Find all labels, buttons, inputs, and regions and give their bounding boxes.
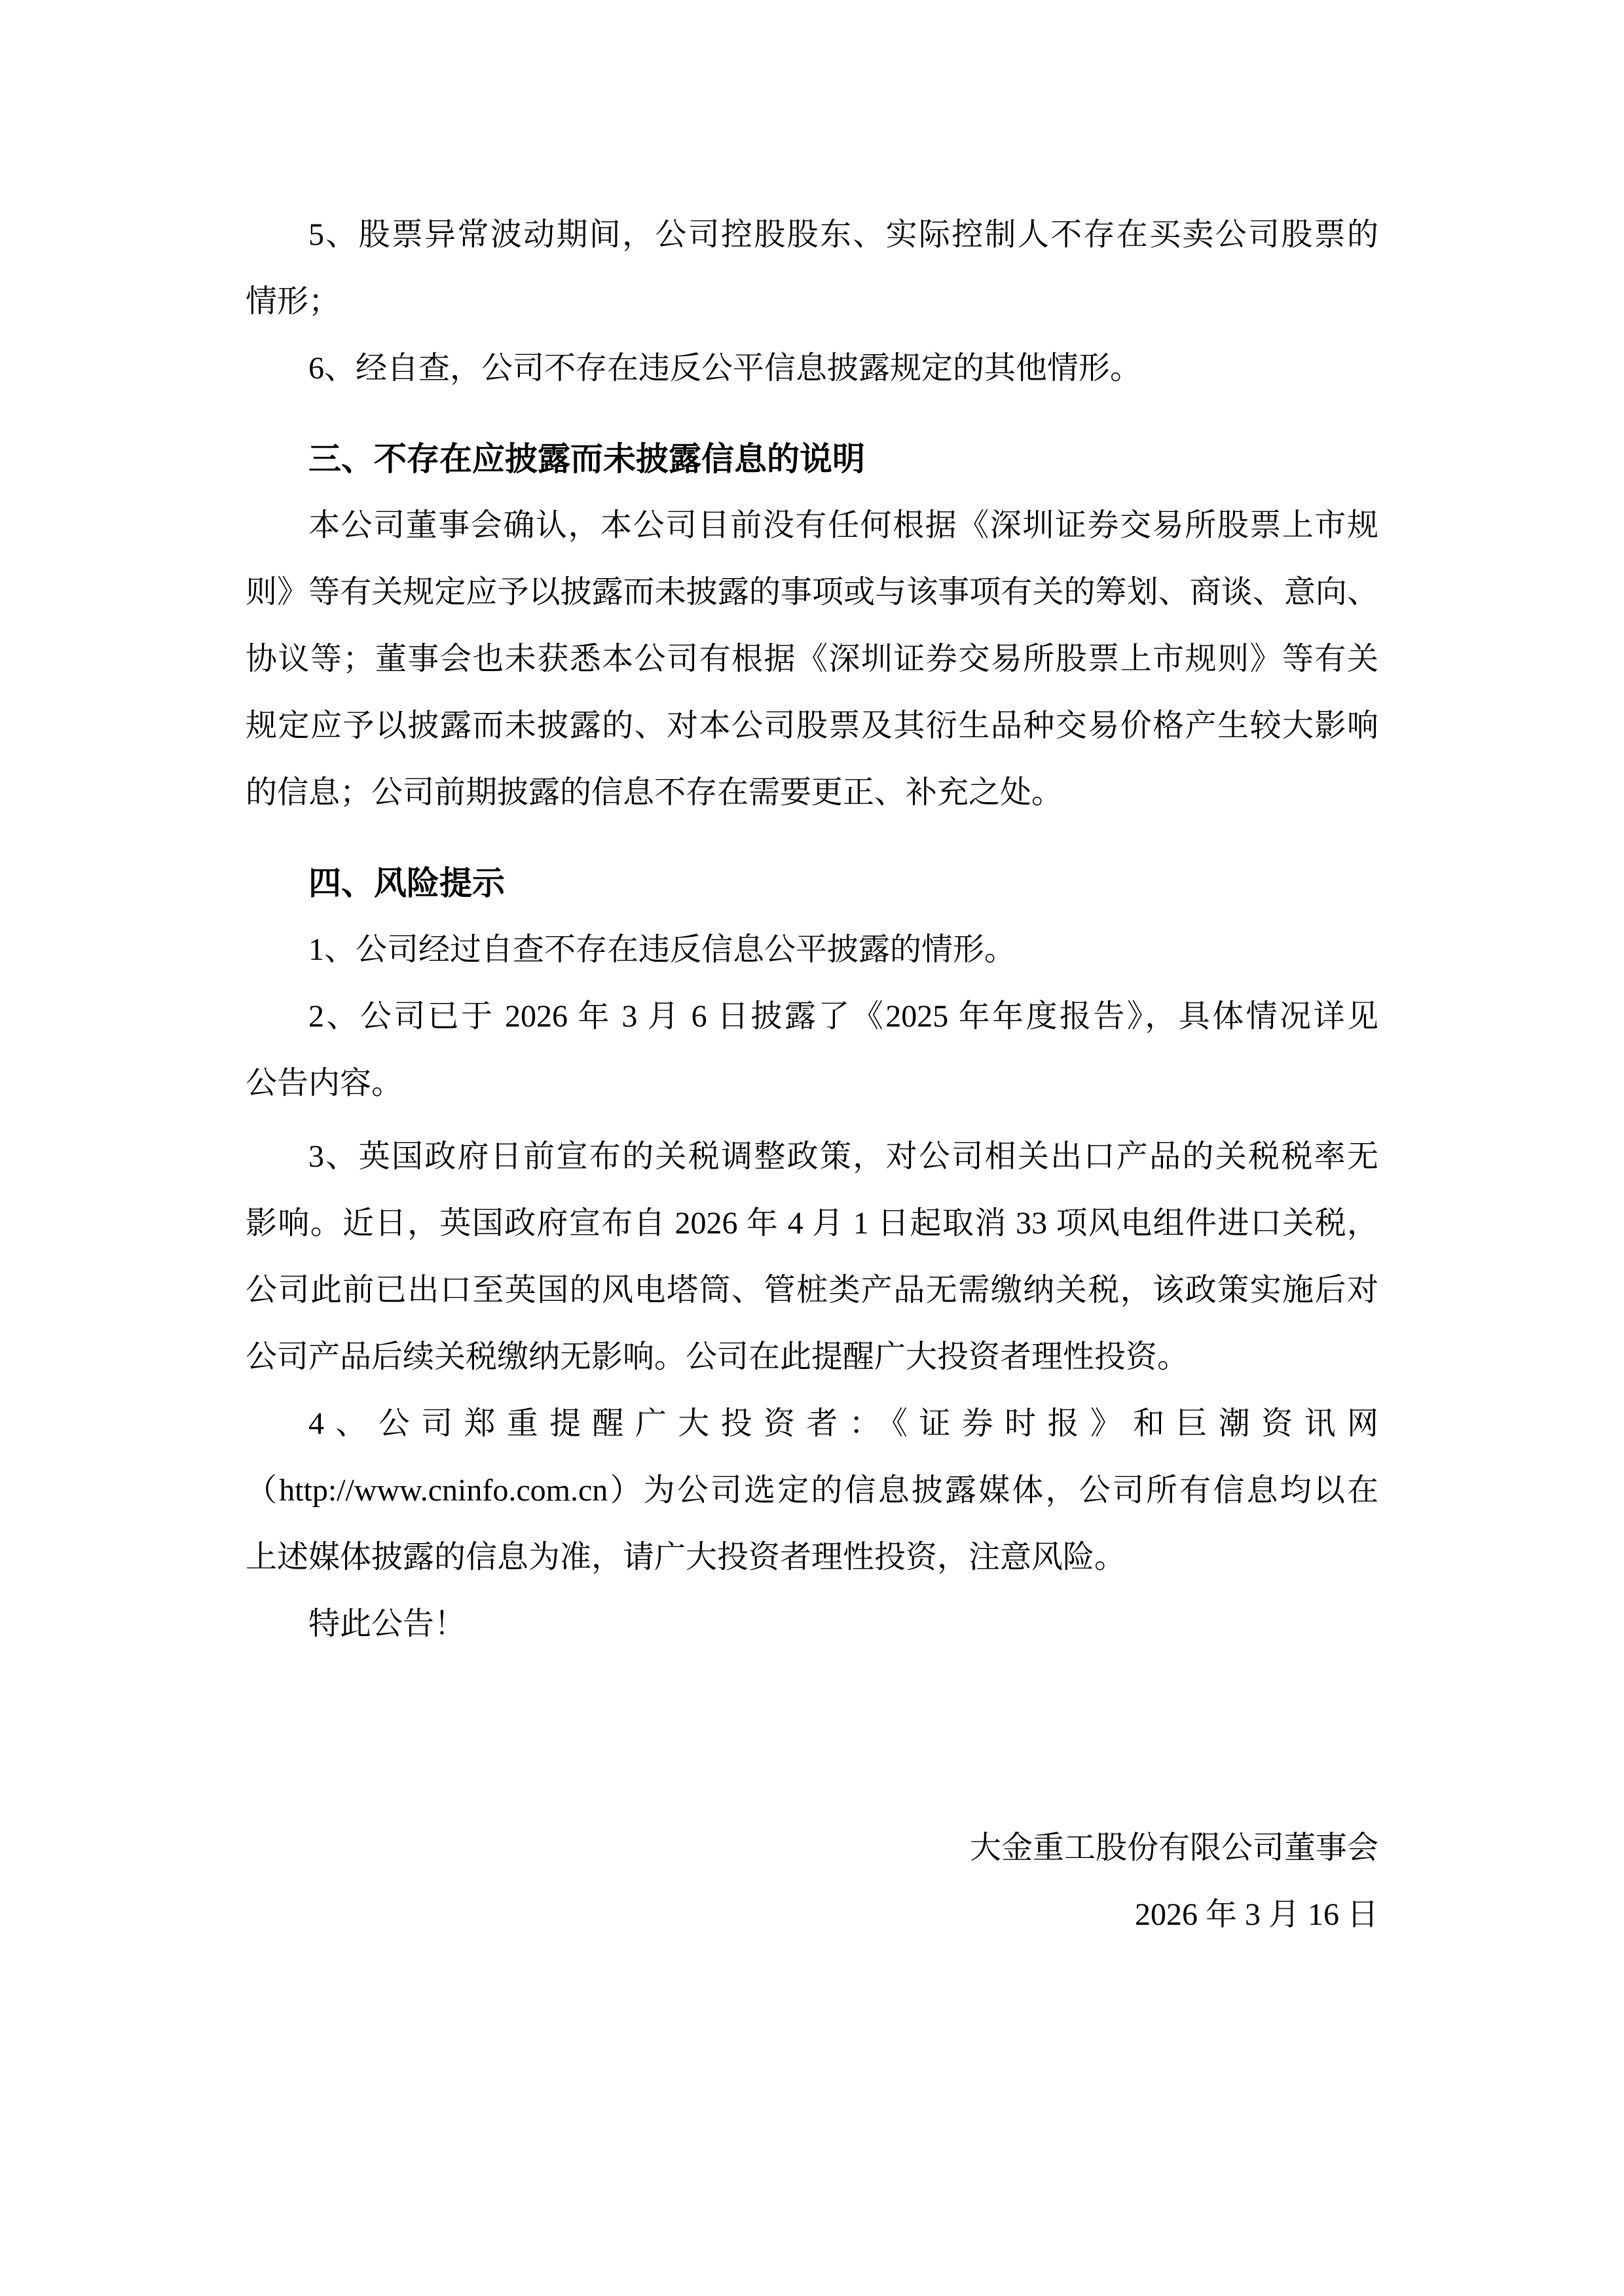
- paragraph-line: 4、公司郑重提醒广大投资者：《证券时报》和巨潮资讯网: [246, 1391, 1378, 1457]
- closing-statement: 特此公告！: [246, 1591, 1378, 1658]
- paragraph-line: 公司产品后续关税缴纳无影响。公司在此提醒广大投资者理性投资。: [246, 1324, 1378, 1391]
- paragraph-line: 规定应予以披露而未披露的、对本公司股票及其衍生品种交易价格产生较大影响: [246, 693, 1378, 759]
- paragraph-line: 本公司董事会确认，本公司目前没有任何根据《深圳证券交易所股票上市规: [246, 492, 1378, 559]
- paragraph-line: 的信息；公司前期披露的信息不存在需要更正、补充之处。: [246, 759, 1378, 826]
- paragraph-line: 2、公司已于 2026 年 3 月 6 日披露了《2025 年年度报告》，具体情…: [246, 983, 1378, 1050]
- section-heading-4: 四、风险提示: [246, 850, 1378, 917]
- signature-date: 2026 年 3 月 16 日: [246, 1882, 1378, 1948]
- paragraph-line: （http://www.cninfo.com.cn）为公司选定的信息披露媒体，公…: [246, 1457, 1378, 1524]
- paragraph-line: 1、公司经过自查不存在违反信息公平披露的情形。: [246, 917, 1378, 983]
- signature-company: 大金重工股份有限公司董事会: [246, 1815, 1378, 1882]
- document-body: 5、股票异常波动期间，公司控股股东、实际控制人不存在买卖公司股票的 情形； 6、…: [246, 202, 1378, 1948]
- paragraph-line: 3、英国政府日前宣布的关税调整政策，对公司相关出口产品的关税税率无: [246, 1123, 1378, 1190]
- paragraph-line: 则》等有关规定应予以披露而未披露的事项或与该事项有关的筹划、商谈、意向、: [246, 559, 1378, 626]
- paragraph-line: 公告内容。: [246, 1050, 1378, 1117]
- paragraph-line: 6、经自查，公司不存在违反公平信息披露规定的其他情形。: [246, 335, 1378, 402]
- paragraph-line: 影响。近日，英国政府宣布自 2026 年 4 月 1 日起取消 33 项风电组件…: [246, 1190, 1378, 1257]
- paragraph-line: 情形；: [246, 268, 1378, 335]
- section-heading-3: 三、不存在应披露而未披露信息的说明: [246, 426, 1378, 492]
- document-page: 5、股票异常波动期间，公司控股股东、实际控制人不存在买卖公司股票的 情形； 6、…: [0, 0, 1624, 2296]
- paragraph-line: 上述媒体披露的信息为准，请广大投资者理性投资，注意风险。: [246, 1524, 1378, 1591]
- signature-block: 大金重工股份有限公司董事会 2026 年 3 月 16 日: [246, 1815, 1378, 1948]
- paragraph-line: 5、股票异常波动期间，公司控股股东、实际控制人不存在买卖公司股票的: [246, 202, 1378, 268]
- paragraph-line: 协议等；董事会也未获悉本公司有根据《深圳证券交易所股票上市规则》等有关: [246, 626, 1378, 693]
- paragraph-line: 公司此前已出口至英国的风电塔筒、管桩类产品无需缴纳关税，该政策实施后对: [246, 1257, 1378, 1324]
